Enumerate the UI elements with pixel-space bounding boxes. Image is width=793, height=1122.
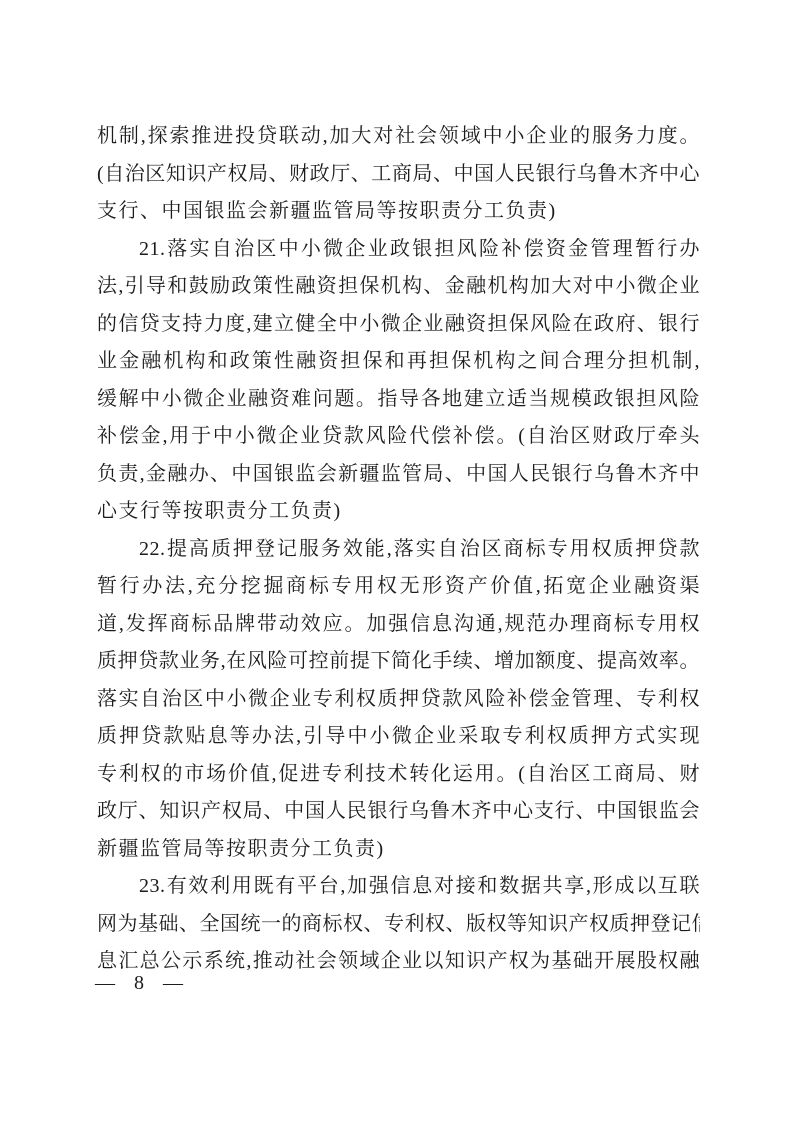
paragraph-item-22: 22.提高质押登记服务效能,落实自治区商标专用权质押贷款 暂行办法,充分挖掘商标… xyxy=(97,531,700,869)
text-line: 缓解中小微企业融资难问题。指导各地建立适当规模政银担风险 xyxy=(97,381,700,419)
document-page: 机制,探索推进投贷联动,加大对社会领域中小企业的服务力度。 (自治区知识产权局、… xyxy=(0,0,793,1122)
text-line: 息汇总公示系统,推动社会领域企业以知识产权为基础开展股权融 xyxy=(97,943,700,981)
paragraph-item-23: 23.有效利用既有平台,加强信息对接和数据共享,形成以互联 网为基础、全国统一的… xyxy=(97,868,700,981)
text-line: (自治区知识产权局、财政厅、工商局、中国人民银行乌鲁木齐中心 xyxy=(97,156,700,194)
text-line: 落实自治区中小微企业专利权质押贷款风险补偿金管理、专利权 xyxy=(97,681,700,719)
text-line: 心支行等按职责分工负责) xyxy=(97,493,700,531)
text-line: 支行、中国银监会新疆监管局等按职责分工负责) xyxy=(97,193,700,231)
text-line: 新疆监管局等按职责分工负责) xyxy=(97,831,700,869)
text-line: 补偿金,用于中小微企业贷款风险代偿补偿。(自治区财政厅牵头 xyxy=(97,418,700,456)
paragraph-continuation: 机制,探索推进投贷联动,加大对社会领域中小企业的服务力度。 (自治区知识产权局、… xyxy=(97,118,700,231)
text-line: 政厅、知识产权局、中国人民银行乌鲁木齐中心支行、中国银监会 xyxy=(97,793,700,831)
text-line: 的信贷支持力度,建立健全中小微企业融资担保风险在政府、银行 xyxy=(97,306,700,344)
text-line: 网为基础、全国统一的商标权、专利权、版权等知识产权质押登记信 xyxy=(97,906,700,944)
text-line: 负责,金融办、中国银监会新疆监管局、中国人民银行乌鲁木齐中 xyxy=(97,456,700,494)
text-line: 21.落实自治区中小微企业政银担风险补偿资金管理暂行办 xyxy=(97,231,700,269)
text-line: 暂行办法,充分挖掘商标专用权无形资产价值,拓宽企业融资渠 xyxy=(97,568,700,606)
text-line: 质押贷款业务,在风险可控前提下简化手续、增加额度、提高效率。 xyxy=(97,643,700,681)
text-line: 法,引导和鼓励政策性融资担保机构、金融机构加大对中小微企业 xyxy=(97,268,700,306)
document-text-block: 机制,探索推进投贷联动,加大对社会领域中小企业的服务力度。 (自治区知识产权局、… xyxy=(97,118,700,981)
text-line: 23.有效利用既有平台,加强信息对接和数据共享,形成以互联 xyxy=(97,868,700,906)
text-line: 业金融机构和政策性融资担保和再担保机构之间合理分担机制, xyxy=(97,343,700,381)
text-line: 机制,探索推进投贷联动,加大对社会领域中小企业的服务力度。 xyxy=(97,118,700,156)
text-line: 专利权的市场价值,促进专利技术转化运用。(自治区工商局、财 xyxy=(97,756,700,794)
text-line: 质押贷款贴息等办法,引导中小微企业采取专利权质押方式实现 xyxy=(97,718,700,756)
page-number: — 8 — xyxy=(95,970,183,996)
text-line: 道,发挥商标品牌带动效应。加强信息沟通,规范办理商标专用权 xyxy=(97,606,700,644)
text-line: 22.提高质押登记服务效能,落实自治区商标专用权质押贷款 xyxy=(97,531,700,569)
paragraph-item-21: 21.落实自治区中小微企业政银担风险补偿资金管理暂行办 法,引导和鼓励政策性融资… xyxy=(97,231,700,531)
